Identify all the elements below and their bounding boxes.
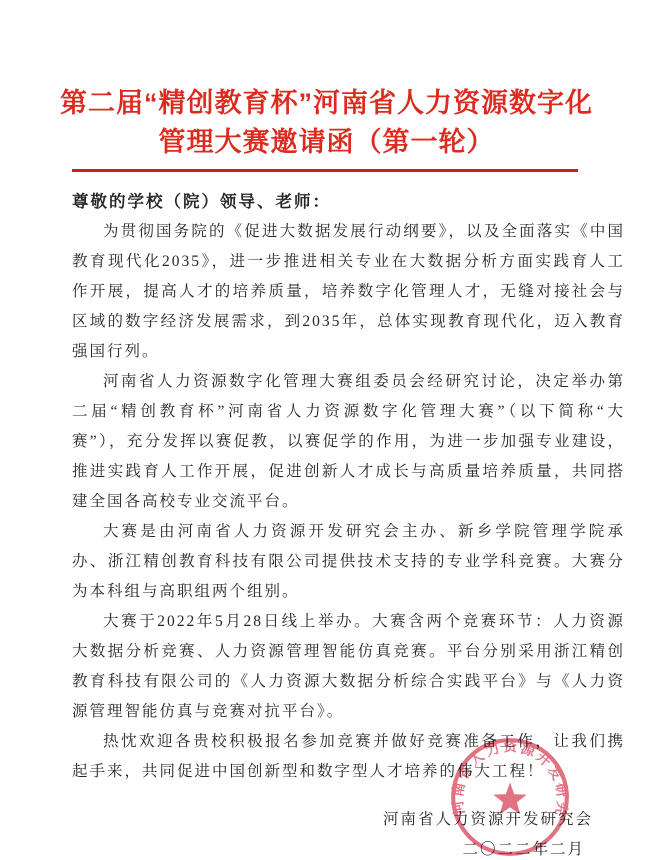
document-title: 第二届“精创教育杯”河南省人力资源数字化 管理大赛邀请函（第一轮） — [0, 84, 653, 162]
document-title-line1: 第二届“精创教育杯”河南省人力资源数字化 — [60, 88, 593, 118]
paragraph-4: 大赛于2022年5月28日线上举办。大赛含两个竞赛环节：人力资源大数据分析竞赛、… — [72, 607, 625, 727]
title-divider-rule — [72, 169, 578, 172]
document-title-line2: 管理大赛邀请函（第一轮） — [159, 127, 495, 157]
letter-body: 尊敬的学校（院）领导、老师： 为贯彻国务院的《促进大数据发展行动纲要》，以及全面… — [72, 187, 625, 860]
signature-date: 二〇二二年二月 — [72, 835, 593, 860]
signature-block: 河南省人力资源开发研究会 二〇二二年二月 — [72, 805, 625, 860]
paragraph-2: 河南省人力资源数字化管理大赛组委员会经研究讨论，决定举办第二届“精创教育杯”河南… — [72, 367, 625, 517]
salutation: 尊敬的学校（院）领导、老师： — [72, 187, 625, 217]
paragraph-5: 热忱欢迎各贵校积极报名参加竞赛并做好竞赛准备工作，让我们携起手来，共同促进中国创… — [72, 727, 625, 787]
paragraph-3: 大赛是由河南省人力资源开发研究会主办、新乡学院管理学院承办、浙江精创教育科技有限… — [72, 517, 625, 607]
invitation-letter-page: 第二届“精创教育杯”河南省人力资源数字化 管理大赛邀请函（第一轮） 尊敬的学校（… — [0, 0, 653, 860]
signature-organization: 河南省人力资源开发研究会 — [72, 805, 593, 835]
paragraph-1: 为贯彻国务院的《促进大数据发展行动纲要》，以及全面落实《中国教育现代化2035》… — [72, 217, 625, 367]
